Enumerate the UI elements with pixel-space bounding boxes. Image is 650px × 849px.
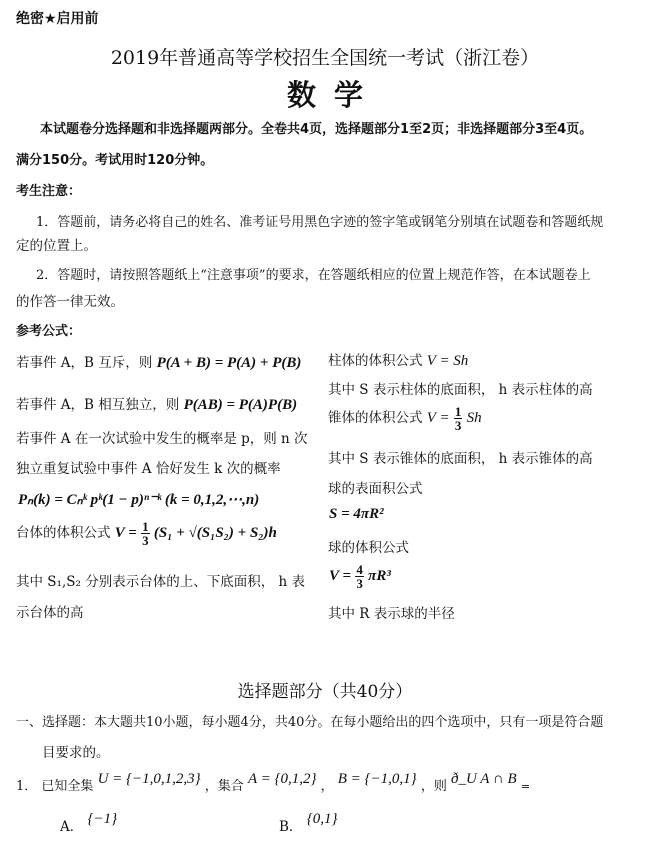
formula-binomial-line-1: 若事件 A 在一次试验中发生的概率是 p，则 n 次 xyxy=(16,427,308,447)
section-title: 选择题部分（共40分） xyxy=(0,677,650,702)
formula-cone: 锥体的体积公式 V = 13 Sh xyxy=(328,405,482,432)
formula-sphere-volume: V = 43 πR³ xyxy=(329,563,391,590)
complement-intersection-expr: ð_U A ∩ B xyxy=(451,771,517,787)
section-instructions-line-2: 目要求的。 xyxy=(42,741,110,761)
formula-sphere-area-expr: S = 4πR² xyxy=(329,506,384,523)
fraction-four-thirds: 43 xyxy=(355,563,364,590)
formula-prism-text: 柱体的体积公式 xyxy=(328,353,423,369)
formula-sphere-volume-suffix: πR³ xyxy=(368,568,391,584)
question-text: 已知全集 xyxy=(41,779,93,794)
notice-item-1-line-1: 1．答题前，请务必将自己的姓名、准考证号用黑色字迹的签字笔或钢笔分别填在试题卷和… xyxy=(36,211,603,230)
question-number: 1． xyxy=(16,779,37,794)
notice-heading: 考生注意： xyxy=(16,180,81,199)
intro-line-2: 满分150分。考试用时120分钟。 xyxy=(16,149,213,168)
formulas-heading: 参考公式： xyxy=(16,320,81,339)
formula-sphere-volume-text: 球的体积公式 xyxy=(328,536,409,556)
formula-binomial-expr: Pₙ(k) = Cₙᵏ pᵏ(1 − p)ⁿ⁻ᵏ (k = 0,1,2,⋯,n) xyxy=(18,490,259,509)
formula-cone-text: 锥体的体积公式 xyxy=(328,410,423,426)
fraction-one-third: 13 xyxy=(454,405,463,432)
formula-mutex-text: 若事件 A，B 互斥，则 xyxy=(16,355,152,371)
formula-cone-prefix: V = xyxy=(427,410,450,426)
question-1: 1． 已知全集 U = {−1,0,1,2,3} ，集合 A = {0,1,2}… xyxy=(16,775,530,795)
formula-independent-text: 若事件 A，B 相互独立，则 xyxy=(16,397,179,413)
option-label: A． xyxy=(60,819,83,835)
subject-title: 数学 xyxy=(0,73,650,114)
formula-independent-expr: P(AB) = P(A)P(B) xyxy=(184,397,298,413)
formula-sphere-desc: 其中 R 表示球的半径 xyxy=(328,602,455,622)
confidential-label: 绝密★启用前 xyxy=(16,8,99,28)
set-b: B = {−1,0,1} xyxy=(338,771,417,787)
option-value: {0,1} xyxy=(307,811,338,827)
option-value: {−1} xyxy=(88,811,118,827)
option-b[interactable]: B． {0,1} xyxy=(279,815,337,836)
exam-title: 2019年普通高等学校招生全国统一考试（浙江卷） xyxy=(0,43,650,70)
set-a: A = {0,1,2} xyxy=(248,771,317,787)
formula-frustum-desc-line-1: 其中 S₁,S₂ 分别表示台体的上、下底面积， h 表 xyxy=(16,570,305,590)
formula-binomial-line-2: 独立重复试验中事件 A 恰好发生 k 次的概率 xyxy=(16,457,281,477)
formula-sphere-volume-prefix: V = xyxy=(329,568,351,584)
section-instructions-line-1: 一、选择题：本大题共10小题，每小题4分，共40分。在每小题给出的四个选项中，只… xyxy=(16,711,603,730)
notice-item-2-line-2: 的作答一律无效。 xyxy=(16,290,124,310)
fraction-one-third: 13 xyxy=(141,520,150,547)
notice-item-1-line-2: 定的位置上。 xyxy=(16,234,97,254)
formula-frustum: 台体的体积公式 V = 13 (S₁ + √(S₁S₂) + S₂)h xyxy=(16,520,277,547)
notice-item-2-line-1: 2．答题时，请按照答题纸上“注意事项”的要求，在答题纸相应的位置上规范作答，在本… xyxy=(36,264,591,283)
formula-independent: 若事件 A，B 相互独立，则 P(AB) = P(A)P(B) xyxy=(16,393,297,414)
option-a[interactable]: A． {−1} xyxy=(60,815,117,836)
formula-frustum-text: 台体的体积公式 xyxy=(16,525,111,541)
formula-cone-desc: 其中 S 表示锥体的底面积， h 表示锥体的高 xyxy=(328,447,593,467)
formula-frustum-desc-line-2: 示台体的高 xyxy=(16,601,84,621)
formula-frustum-suffix: (S₁ + √(S₁S₂) + S₂)h xyxy=(154,525,277,541)
formula-prism: 柱体的体积公式 V = Sh xyxy=(328,349,468,370)
formula-prism-desc: 其中 S 表示柱体的底面积， h 表示柱体的高 xyxy=(328,378,593,398)
formula-mutex-expr: P(A + B) = P(A) + P(B) xyxy=(157,355,302,371)
intro-line-1: 本试题卷分选择题和非选择题两部分。全卷共4页，选择题部分1至2页；非选择题部分3… xyxy=(40,118,592,137)
formula-sphere-area-text: 球的表面积公式 xyxy=(328,477,423,497)
option-label: B． xyxy=(279,819,302,835)
formula-cone-suffix: Sh xyxy=(467,410,482,426)
formula-prism-expr: V = Sh xyxy=(427,353,469,369)
formula-mutex: 若事件 A，B 互斥，则 P(A + B) = P(A) + P(B) xyxy=(16,351,301,372)
set-u: U = {−1,0,1,2,3} xyxy=(98,771,201,787)
formula-frustum-prefix: V = xyxy=(115,525,137,541)
